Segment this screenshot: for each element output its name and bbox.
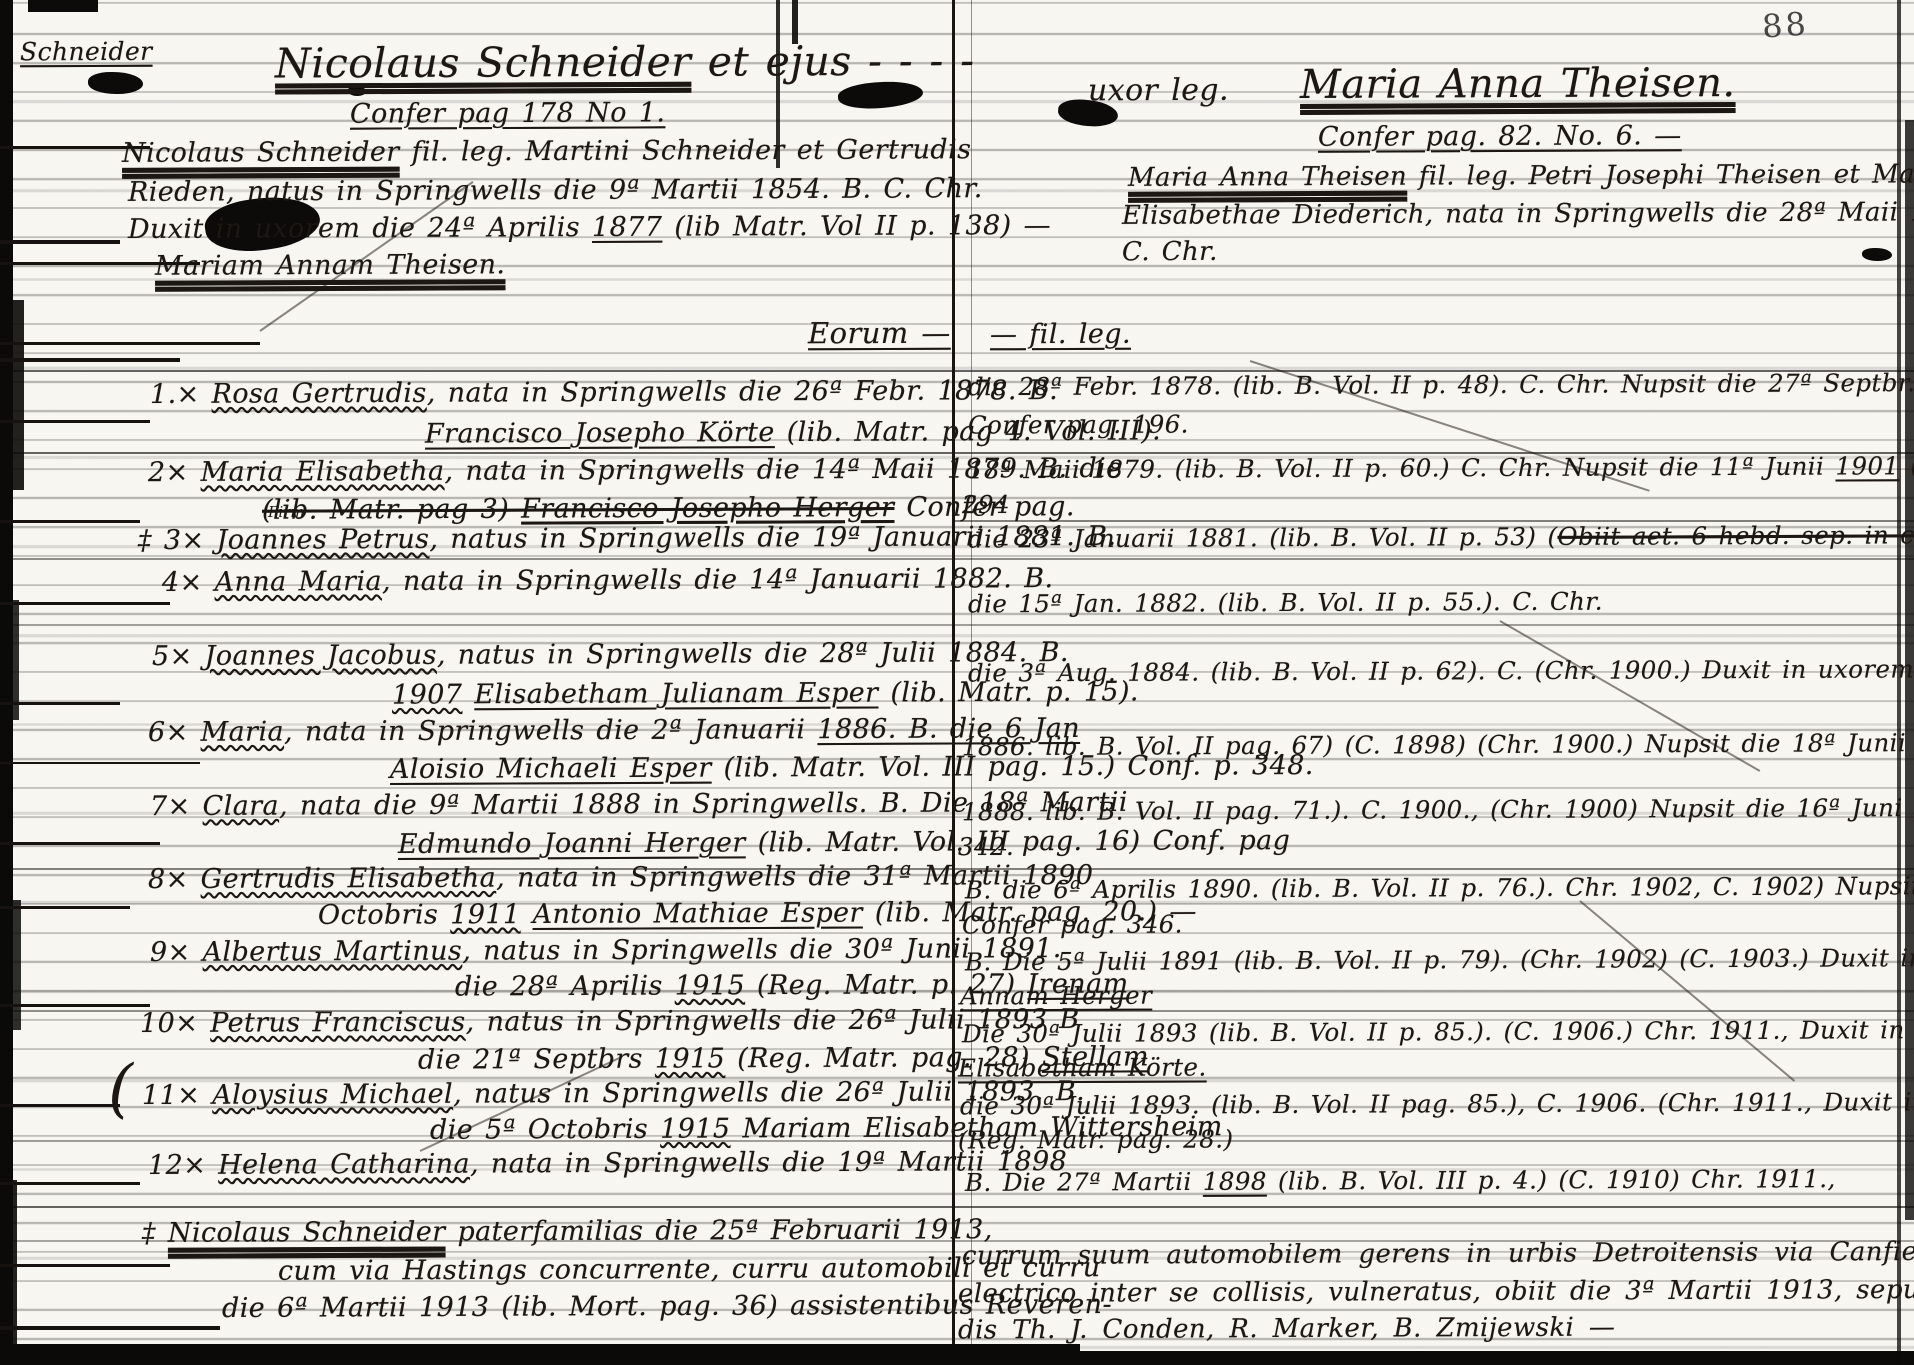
- child-1-birth-line: 1.× Rosa Gertrudis, nata in Springwells …: [150, 376, 1058, 410]
- scan-streak: [0, 602, 170, 605]
- child-11-register-line: (Reg. Matr. pag. 28.): [958, 1126, 1233, 1154]
- ink-blot: [88, 72, 143, 94]
- page-number: 88: [1761, 4, 1810, 45]
- ink-blot: [28, 0, 98, 12]
- margin-surname-label: Schneider: [20, 38, 153, 66]
- fil-leg-heading: — fil. leg.: [990, 320, 1131, 350]
- ink-speck: [1862, 248, 1892, 261]
- page-edge-left-ragged: [0, 300, 24, 490]
- register-page-scan: 88 Schneider Nicolaus Schneider et ejus …: [0, 0, 1914, 1365]
- child-11-baptism-line: die 30ª Julii 1893. (lib. B. Vol. II pag…: [960, 1089, 1914, 1121]
- child-10-spouse-line: Elisabetham Körte.: [958, 1054, 1207, 1082]
- child-2-marriage-line: (lib. Matr. pag 3) Francisco Josepho Her…: [262, 492, 1075, 525]
- wife-intro-line-3: C. Chr.: [1122, 238, 1218, 267]
- scan-streak: [0, 1326, 220, 1330]
- child-1-confer-line: Confer pag. 196.: [968, 412, 1189, 440]
- child-5-baptism-line: die 3ª Aug. 1884. (lib. B. Vol. II p. 62…: [968, 656, 1914, 688]
- scan-streak: [0, 1182, 140, 1185]
- wife-title: Maria Anna Theisen.: [1300, 61, 1736, 107]
- father-death-line-1: ‡ Nicolaus Schneider paterfamilias die 2…: [142, 1215, 993, 1248]
- section-rule: [0, 558, 1914, 560]
- ink-speck: [348, 86, 366, 96]
- child-9-spouse-line: Annam Herger: [960, 983, 1152, 1011]
- child-7-marriage-line: Edmundo Joanni Herger (lib. Matr. Vol. I…: [398, 826, 1290, 860]
- child-2-confer-line: 294: [962, 492, 1010, 519]
- scan-streak: [0, 358, 180, 362]
- child-5-birth-line: 5× Joannes Jacobus, natus in Springwells…: [152, 638, 1069, 672]
- child-10-birth-line: 10× Petrus Franciscus, natus in Springwe…: [140, 1005, 1080, 1039]
- child-12-baptism-line: B. Die 27ª Martii 1898 (lib. B. Vol. III…: [965, 1166, 1836, 1197]
- child-7-baptism-line: 1888. lib. B. Vol. II pag. 71.). C. 1900…: [962, 795, 1914, 826]
- scan-streak: [0, 1004, 150, 1007]
- scan-streak: [0, 702, 120, 705]
- scan-streak: [0, 520, 140, 523]
- child-8-baptism-line: B. die 6ª Aprilis 1890. (lib. B. Vol. II…: [965, 873, 1914, 905]
- scan-streak: [0, 842, 160, 845]
- husband-intro-line-3: Duxit in uxorem die 24ª Aprilis 1877 (li…: [128, 211, 1051, 245]
- husband-title: Nicolaus Schneider et ejus - - - -: [275, 38, 975, 86]
- child-9-baptism-line: B. Die 5ª Julii 1891 (lib. B. Vol. II p.…: [965, 945, 1914, 977]
- child-3-interlinear-note: Firm: [268, 503, 305, 521]
- father-death-cont-line-2: electrico inter se collisis, vulneratus,…: [958, 1276, 1914, 1309]
- scan-streak: [0, 420, 150, 423]
- section-rule: [0, 624, 1914, 626]
- scan-streak: [0, 342, 260, 345]
- child-7-confer-line: 342.: [958, 834, 1014, 861]
- husband-intro-line-2: Rieden, natus in Springwells die 9ª Mart…: [128, 174, 983, 207]
- child-1-baptism-line: die 28ª Febr. 1878. (lib. B. Vol. II p. …: [968, 370, 1914, 401]
- father-death-cont-line-1: currum suum automobilem gerens in urbis …: [962, 1238, 1914, 1271]
- child-2-baptism-line: 18ª Maii 1879. (lib. B. Vol. II p. 60.) …: [968, 453, 1914, 485]
- scan-streak: [0, 240, 120, 244]
- child-8-birth-line: 8× Gertrudis Elisabetha, nata in Springw…: [148, 861, 1094, 895]
- scan-streak: [0, 1104, 120, 1107]
- margin-brace: (: [108, 1052, 133, 1126]
- scan-streak: [0, 762, 200, 764]
- wife-intro-line-1: Maria Anna Theisen fil. leg. Petri Josep…: [1128, 160, 1914, 192]
- child-9-birth-line: 9× Albertus Martinus, natus in Springwel…: [150, 934, 1062, 968]
- page-edge-left-ragged: [0, 900, 21, 1030]
- section-rule: [0, 1206, 1914, 1208]
- scan-streak: [0, 1264, 170, 1267]
- wife-confer-note: Confer pag. 82. No. 6. —: [1318, 121, 1682, 152]
- diagonal-scratch: [1579, 900, 1795, 1082]
- eorum-heading: Eorum —: [808, 318, 951, 351]
- scan-streak: [0, 906, 130, 909]
- page-edge-left-ragged: [0, 1180, 17, 1365]
- child-4-birth-line: 4× Anna Maria, nata in Springwells die 1…: [162, 564, 1054, 598]
- child-6-birth-line: 6× Maria, nata in Springwells die 2ª Jan…: [148, 714, 1080, 748]
- child-4-baptism-line: die 15ª Jan. 1882. (lib. B. Vol. II p. 5…: [968, 589, 1603, 619]
- child-11-birth-line: 11× Aloysius Michael, natus in Springwel…: [142, 1077, 1085, 1111]
- uxor-label: uxor leg.: [1088, 74, 1229, 108]
- husband-intro-line-1: Nicolaus Schneider fil. leg. Martini Sch…: [122, 135, 971, 168]
- father-death-cont-line-3: dis Th. J. Conden, R. Marker, B. Zmijews…: [958, 1314, 1615, 1345]
- wife-intro-line-2: Elisabethae Diederich, nata in Springwel…: [1122, 198, 1914, 230]
- child-10-baptism-line: Die 30ª Julii 1893 (lib. B. Vol. II p. 8…: [962, 1017, 1914, 1049]
- child-6-baptism-line: 1886. lib. B. Vol. II pag. 67) (C. 1898)…: [962, 730, 1914, 761]
- child-8-confer-line: Confer pag. 346.: [962, 912, 1183, 940]
- child-3-baptism-line: die 23ª Januarii 1881. (lib. B. Vol. II …: [968, 522, 1914, 554]
- husband-confer-note: Confer pag 178 No 1.: [350, 98, 665, 129]
- page-edge-bottom-left: [0, 1344, 1080, 1365]
- child-12-birth-line: 12× Helena Catharina, nata in Springwell…: [148, 1147, 1067, 1181]
- husband-intro-line-4: Mariam Annam Theisen.: [155, 250, 505, 281]
